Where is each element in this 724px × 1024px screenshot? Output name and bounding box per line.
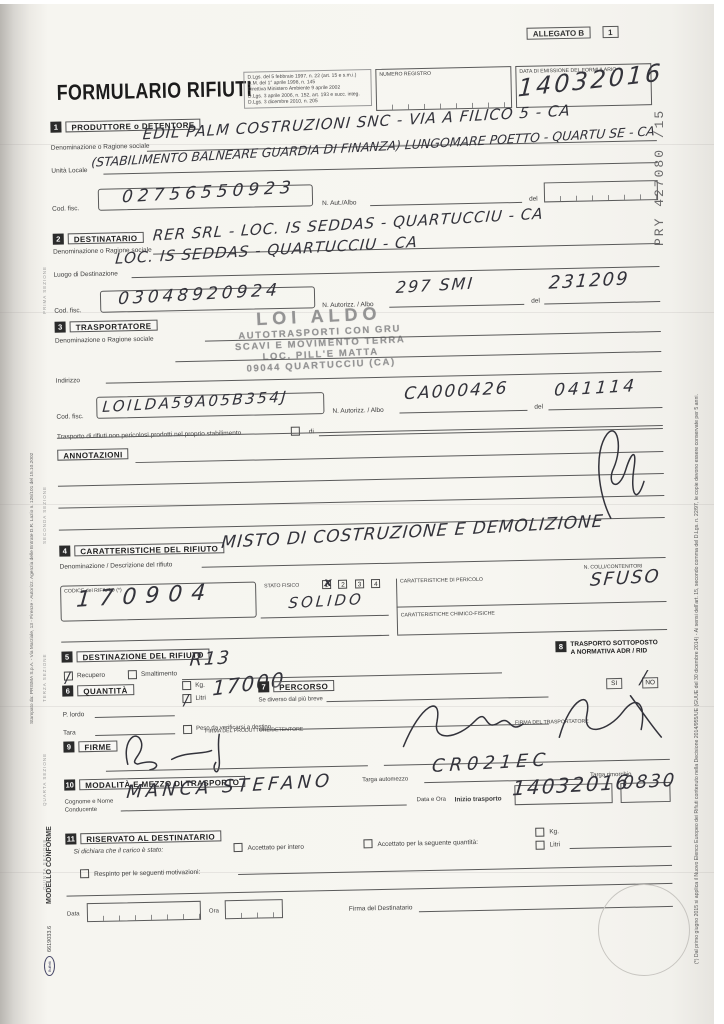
modello-conforme-label: MODELLO CONFORME <box>46 804 53 904</box>
chimico-label: CARATTERISTICHE CHIMICO-FISICHE <box>401 611 495 619</box>
produttore-aut-label: N. Aut./Albo <box>322 199 356 207</box>
section-riservato: 11 RISERVATO AL DESTINATARIO Si dichiara… <box>65 821 673 928</box>
round-stamp-outline <box>598 884 690 976</box>
section-produttore: 1 PRODUTTORE o DETENTORE EDIL PALM COSTR… <box>50 109 658 230</box>
rule-line <box>261 615 389 619</box>
section-6-title: QUANTITÀ <box>77 684 134 696</box>
stato-fisico-value: SOLIDO <box>288 592 365 611</box>
section-4-number: 4 <box>59 545 70 556</box>
numero-registro-label: NUMERO REGISTRO <box>379 71 431 78</box>
model-code: 6619033.6 <box>47 906 53 952</box>
produttore-denominazione-label: Denominazione o Ragione sociale <box>51 143 150 152</box>
allegato-number-box: 1 <box>602 26 619 38</box>
section-2-title: DESTINATARIO <box>68 232 144 245</box>
rule-line <box>370 202 522 206</box>
section-9-number: 9 <box>63 741 74 752</box>
destinatario-luogo-label: Luogo di Destinazione <box>53 270 117 278</box>
dest-kg-checkbox <box>535 828 544 837</box>
rule-line <box>397 601 667 608</box>
rule-line <box>58 495 664 509</box>
destinatario-del-label: del <box>531 298 540 305</box>
kg-label: Kg. <box>195 682 205 689</box>
law-references: D.Lgs. del 5 febbraio 1997, n. 22 (art. … <box>243 69 372 109</box>
section-trasportatore: 3 TRASPORTATORE LOI ALDO AUTOTRASPORTI C… <box>54 307 662 444</box>
destinatario-codfisc-label: Cod. fisc. <box>54 307 81 315</box>
proprio-stabilimento-checkbox <box>291 427 300 436</box>
stato-fisico-option-1: 1 <box>322 580 331 589</box>
produttore-del-label: del <box>529 196 538 203</box>
conducente-label1: Cognome e Nome <box>65 799 114 806</box>
accettato-quantita-checkbox <box>363 839 372 848</box>
p-lordo-label: P. lordo <box>63 711 85 718</box>
trasportatore-aut-label: N. Autorizz. / Albo <box>332 407 383 415</box>
trasportatore-del-value: 041114 <box>553 378 637 400</box>
annotazioni-signature <box>581 421 649 526</box>
produttore-signature <box>113 721 264 774</box>
formulario-rifiuti-form: ALLEGATO B 1 FORMULARIO RIFIUTI D.Lgs. d… <box>49 23 674 935</box>
destinazione-value: R13 <box>189 649 232 669</box>
section-2-number: 2 <box>53 234 64 245</box>
section-9-title: FIRME <box>78 741 117 753</box>
section-7-title: PERCORSO <box>273 680 334 692</box>
trasportatore-codfisc-label: Cod. fisc. <box>56 413 83 421</box>
left-section-label-3: TERZA SEZIONE <box>42 632 47 702</box>
respinto-checkbox <box>80 869 89 878</box>
section-6-number: 6 <box>62 685 73 696</box>
dest-data-label: Data <box>67 911 80 917</box>
pericolo-label: CARATTERISTICHE DI PERICOLO <box>400 577 483 585</box>
trasportatore-denominazione-label: Denominazione o Ragione sociale <box>55 336 154 345</box>
dest-litri-label: Litri <box>550 841 561 848</box>
section-11-number: 11 <box>65 833 76 844</box>
targa-automezzo-value: CR021EC <box>431 751 551 776</box>
trasportatore-signature <box>390 673 670 763</box>
rule-line <box>399 410 527 414</box>
accettato-intero-label: Accettato per intero <box>248 844 305 852</box>
smaltimento-label: Smaltimento <box>141 670 177 678</box>
section-11-title: RISERVATO AL DESTINATARIO <box>80 830 221 844</box>
firma-destinatario-label: Firma del Destinatario <box>349 904 413 912</box>
allegato-row: ALLEGATO B 1 <box>527 26 619 40</box>
recupero-label: Recupero <box>77 672 105 680</box>
rule-line <box>121 804 407 811</box>
rule-line <box>397 629 667 636</box>
inizio-trasporto-label: Inizio trasporto <box>455 795 502 803</box>
allegato-label: ALLEGATO B <box>527 26 591 39</box>
stato-fisico-option-2: 2 <box>338 580 347 589</box>
numero-registro-box: NUMERO REGISTRO <box>375 66 512 111</box>
smaltimento-checkbox <box>128 670 137 679</box>
rule-line <box>61 635 389 643</box>
destinatario-del-value: 231209 <box>548 270 630 293</box>
dest-data-box <box>87 901 201 922</box>
section-3-title: TRASPORTATORE <box>70 320 158 333</box>
left-section-label-4: QUARTA SEZIONE <box>42 730 47 806</box>
accettato-intero-checkbox <box>233 843 242 852</box>
recupero-checkbox <box>64 671 73 680</box>
rule-line <box>238 865 672 875</box>
section-4-title: CARATTERISTICHE DEL RIFIUTO <box>74 542 224 556</box>
left-print-note: Stampato da: PRISMA S.p.A. - Via Marzial… <box>30 304 35 724</box>
section-5-number: 5 <box>61 651 72 662</box>
section-8-number: 8 <box>555 641 566 652</box>
produttore-unita-locale-label: Unità Locale <box>51 167 87 175</box>
law-ref-line: D.Lgs. 3 dicembre 2010, n. 205 <box>248 97 368 106</box>
rule-line <box>95 715 175 718</box>
dest-kg-label: Kg. <box>549 828 559 835</box>
rule-line <box>58 473 664 487</box>
section-7-number: 7 <box>258 681 269 692</box>
rule-line <box>67 883 673 897</box>
litri-label: Litri <box>195 695 206 702</box>
rule-line <box>544 301 660 304</box>
section-3-number: 3 <box>55 321 66 332</box>
form-title: FORMULARIO RIFIUTI <box>56 78 252 107</box>
dichiara-label: Si dichiara che il carico è stato: <box>74 847 164 856</box>
targa-automezzo-label: Targa automezzo <box>362 776 408 783</box>
section-8-title-line2: A NORMATIVA ADR / RID <box>570 647 658 656</box>
dest-litri-checkbox <box>535 841 544 850</box>
respinto-label: Respinto per le seguenti motivazioni: <box>94 869 200 878</box>
annotazioni-title: ANNOTAZIONI <box>57 448 129 460</box>
percorso-subtitle: Se diverso dal più breve <box>258 696 322 703</box>
colli-value: SFUSO <box>589 568 661 590</box>
section-10-number: 10 <box>64 779 75 790</box>
printer-logo: Buffetti <box>44 956 55 976</box>
produttore-del-datebox <box>544 180 658 202</box>
left-section-label-2: SECONDA SEZIONE <box>42 464 47 544</box>
stato-fisico-label: STATO FISICO <box>264 583 299 590</box>
printer-logo-text: Buffetti <box>48 961 52 972</box>
rule-line <box>548 407 662 410</box>
inizio-data-value: 14032016 <box>512 772 631 799</box>
section-1-number: 1 <box>50 122 61 133</box>
dest-ora-label: Ora <box>209 908 219 914</box>
serial-number: PRY 427080 /15 <box>652 56 667 246</box>
inizio-ora-value: 0830 <box>622 772 677 793</box>
stato-fisico-option-4: 4 <box>371 579 380 588</box>
produttore-codfisc-label: Cod. fisc. <box>52 205 79 213</box>
left-section-label-1: PRIMA SEZIONE <box>42 244 47 314</box>
stato-fisico-option-3: 3 <box>355 579 364 588</box>
right-margin-note: (*) Dal primo giugno 2015 si applica il … <box>694 84 700 964</box>
rule-line <box>570 846 672 849</box>
scanned-form-page: ALLEGATO B 1 FORMULARIO RIFIUTI D.Lgs. d… <box>0 4 714 1024</box>
trasportatore-del-label: del <box>534 404 543 411</box>
trasportatore-aut-value: CA000426 <box>403 380 509 403</box>
accettato-quantita-label: Accettato per la seguente quantità: <box>377 839 478 848</box>
conducente-label2: Conducente <box>65 807 97 814</box>
section-caratteristiche: 4 CARATTERISTICHE DEL RIFIUTO MISTO DI C… <box>59 531 667 652</box>
litri-checkbox <box>182 694 191 703</box>
trasportatore-indirizzo-label: Indirizzo <box>56 377 80 385</box>
destinatario-aut-value: 297 SMI <box>395 276 475 296</box>
rifiuto-descrizione-label: Denominazione / Descrizione del rifiuto <box>60 561 173 570</box>
kg-checkbox <box>182 681 191 690</box>
data-ora-label: Data e Ora <box>417 797 446 804</box>
dest-ora-box <box>225 899 283 919</box>
